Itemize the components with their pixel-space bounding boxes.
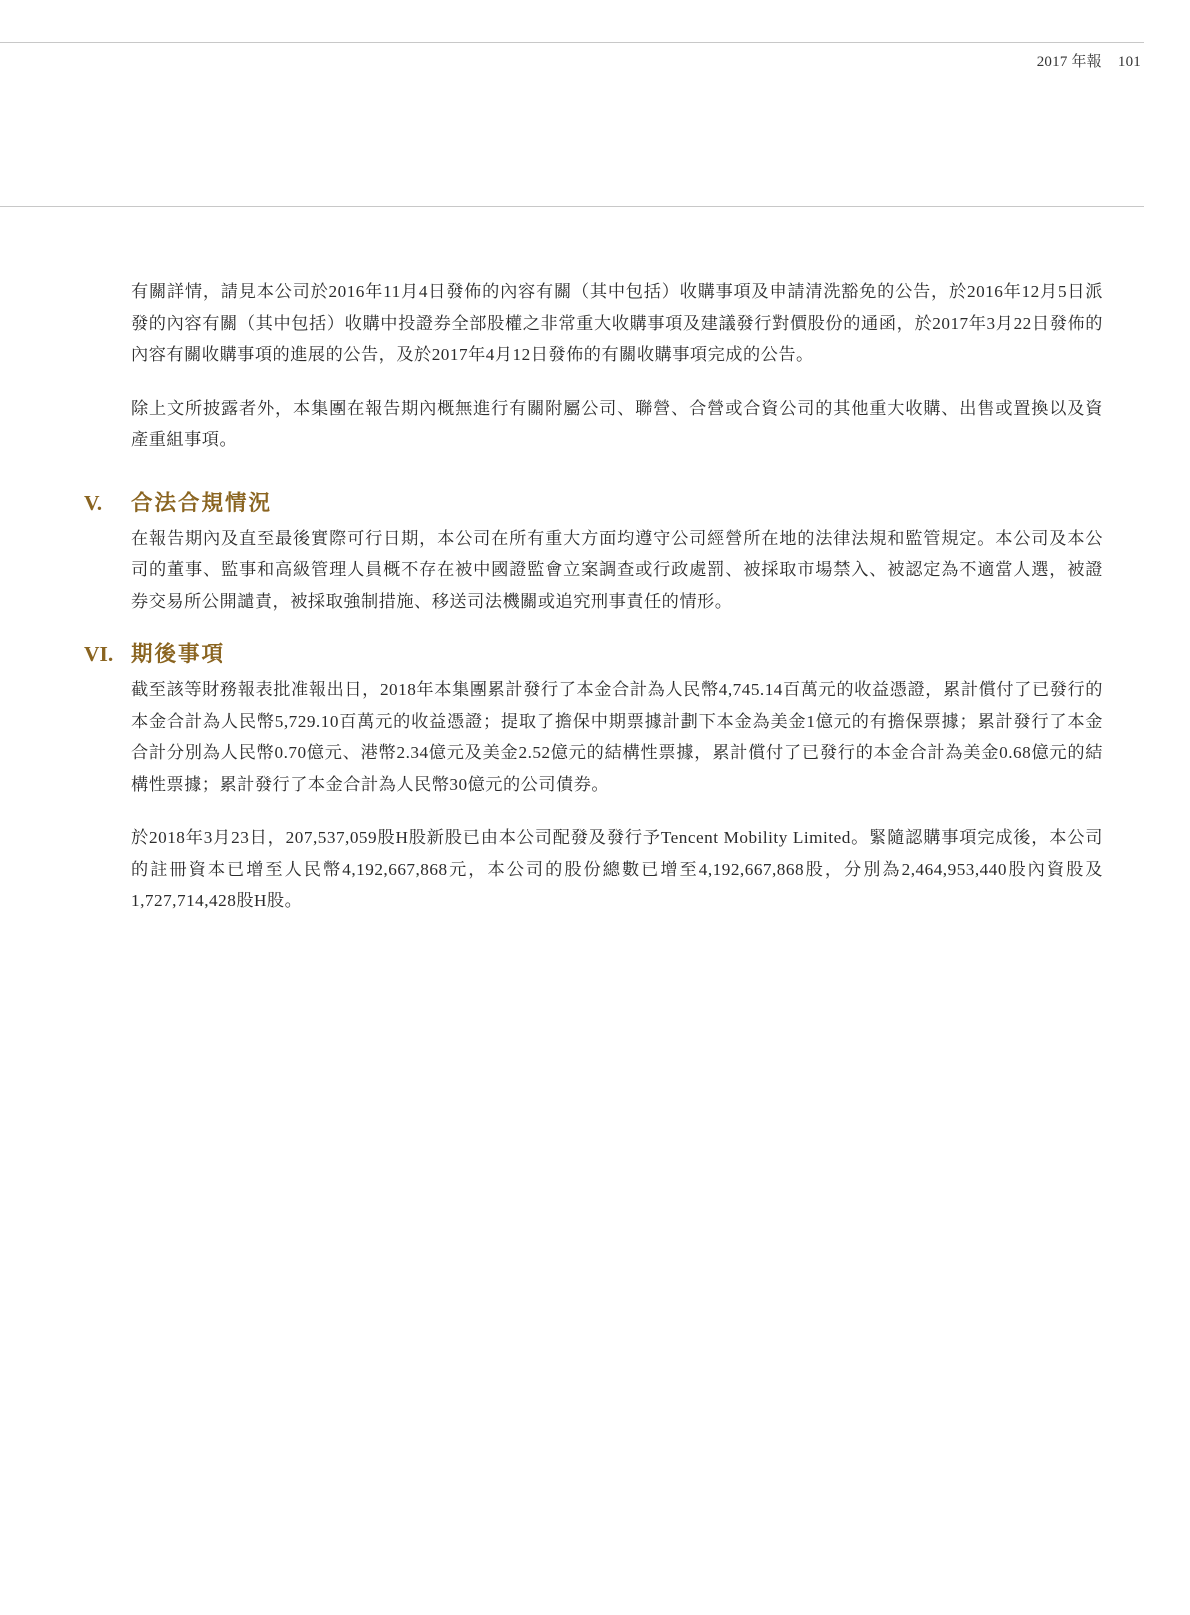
intro-paragraph-no-other-acquisitions: 除上文所披露者外，本集團在報告期內概無進行有關附屬公司、聯營、合營或合資公司的其… <box>131 393 1103 456</box>
section-number: VI. <box>84 642 131 667</box>
running-header: 2017 年報 101 <box>1037 50 1141 71</box>
section-number: V. <box>84 491 131 516</box>
section-title: 期後事項 <box>131 637 225 668</box>
section-title: 合法合規情況 <box>131 486 272 517</box>
intro-paragraph-acquisition: 有關詳情，請見本公司於2016年11月4日發佈的內容有關（其中包括）收購事項及申… <box>131 276 1103 371</box>
section-subsequent-events: VI. 期後事項 截至該等財務報表批准報出日，2018年本集團累計發行了本金合計… <box>131 637 1103 917</box>
compliance-paragraph: 在報告期內及直至最後實際可行日期，本公司在所有重大方面均遵守公司經營所在地的法律… <box>131 523 1103 618</box>
report-label: 2017 年報 <box>1037 50 1102 71</box>
section-compliance: V. 合法合規情況 在報告期內及直至最後實際可行日期，本公司在所有重大方面均遵守… <box>131 486 1103 618</box>
header-divider <box>0 206 1144 207</box>
subsequent-events-paragraph-issuances: 截至該等財務報表批准報出日，2018年本集團累計發行了本金合計為人民幣4,745… <box>131 674 1103 800</box>
page-body: 有關詳情，請見本公司於2016年11月4日發佈的內容有關（其中包括）收購事項及申… <box>131 276 1103 917</box>
section-heading: V. 合法合規情況 <box>84 486 1103 517</box>
subsequent-events-paragraph-share-issue: 於2018年3月23日，207,537,059股H股新股已由本公司配發及發行予T… <box>131 822 1103 917</box>
section-heading: VI. 期後事項 <box>84 637 1103 668</box>
top-divider <box>0 42 1144 43</box>
page-number: 101 <box>1118 54 1141 71</box>
